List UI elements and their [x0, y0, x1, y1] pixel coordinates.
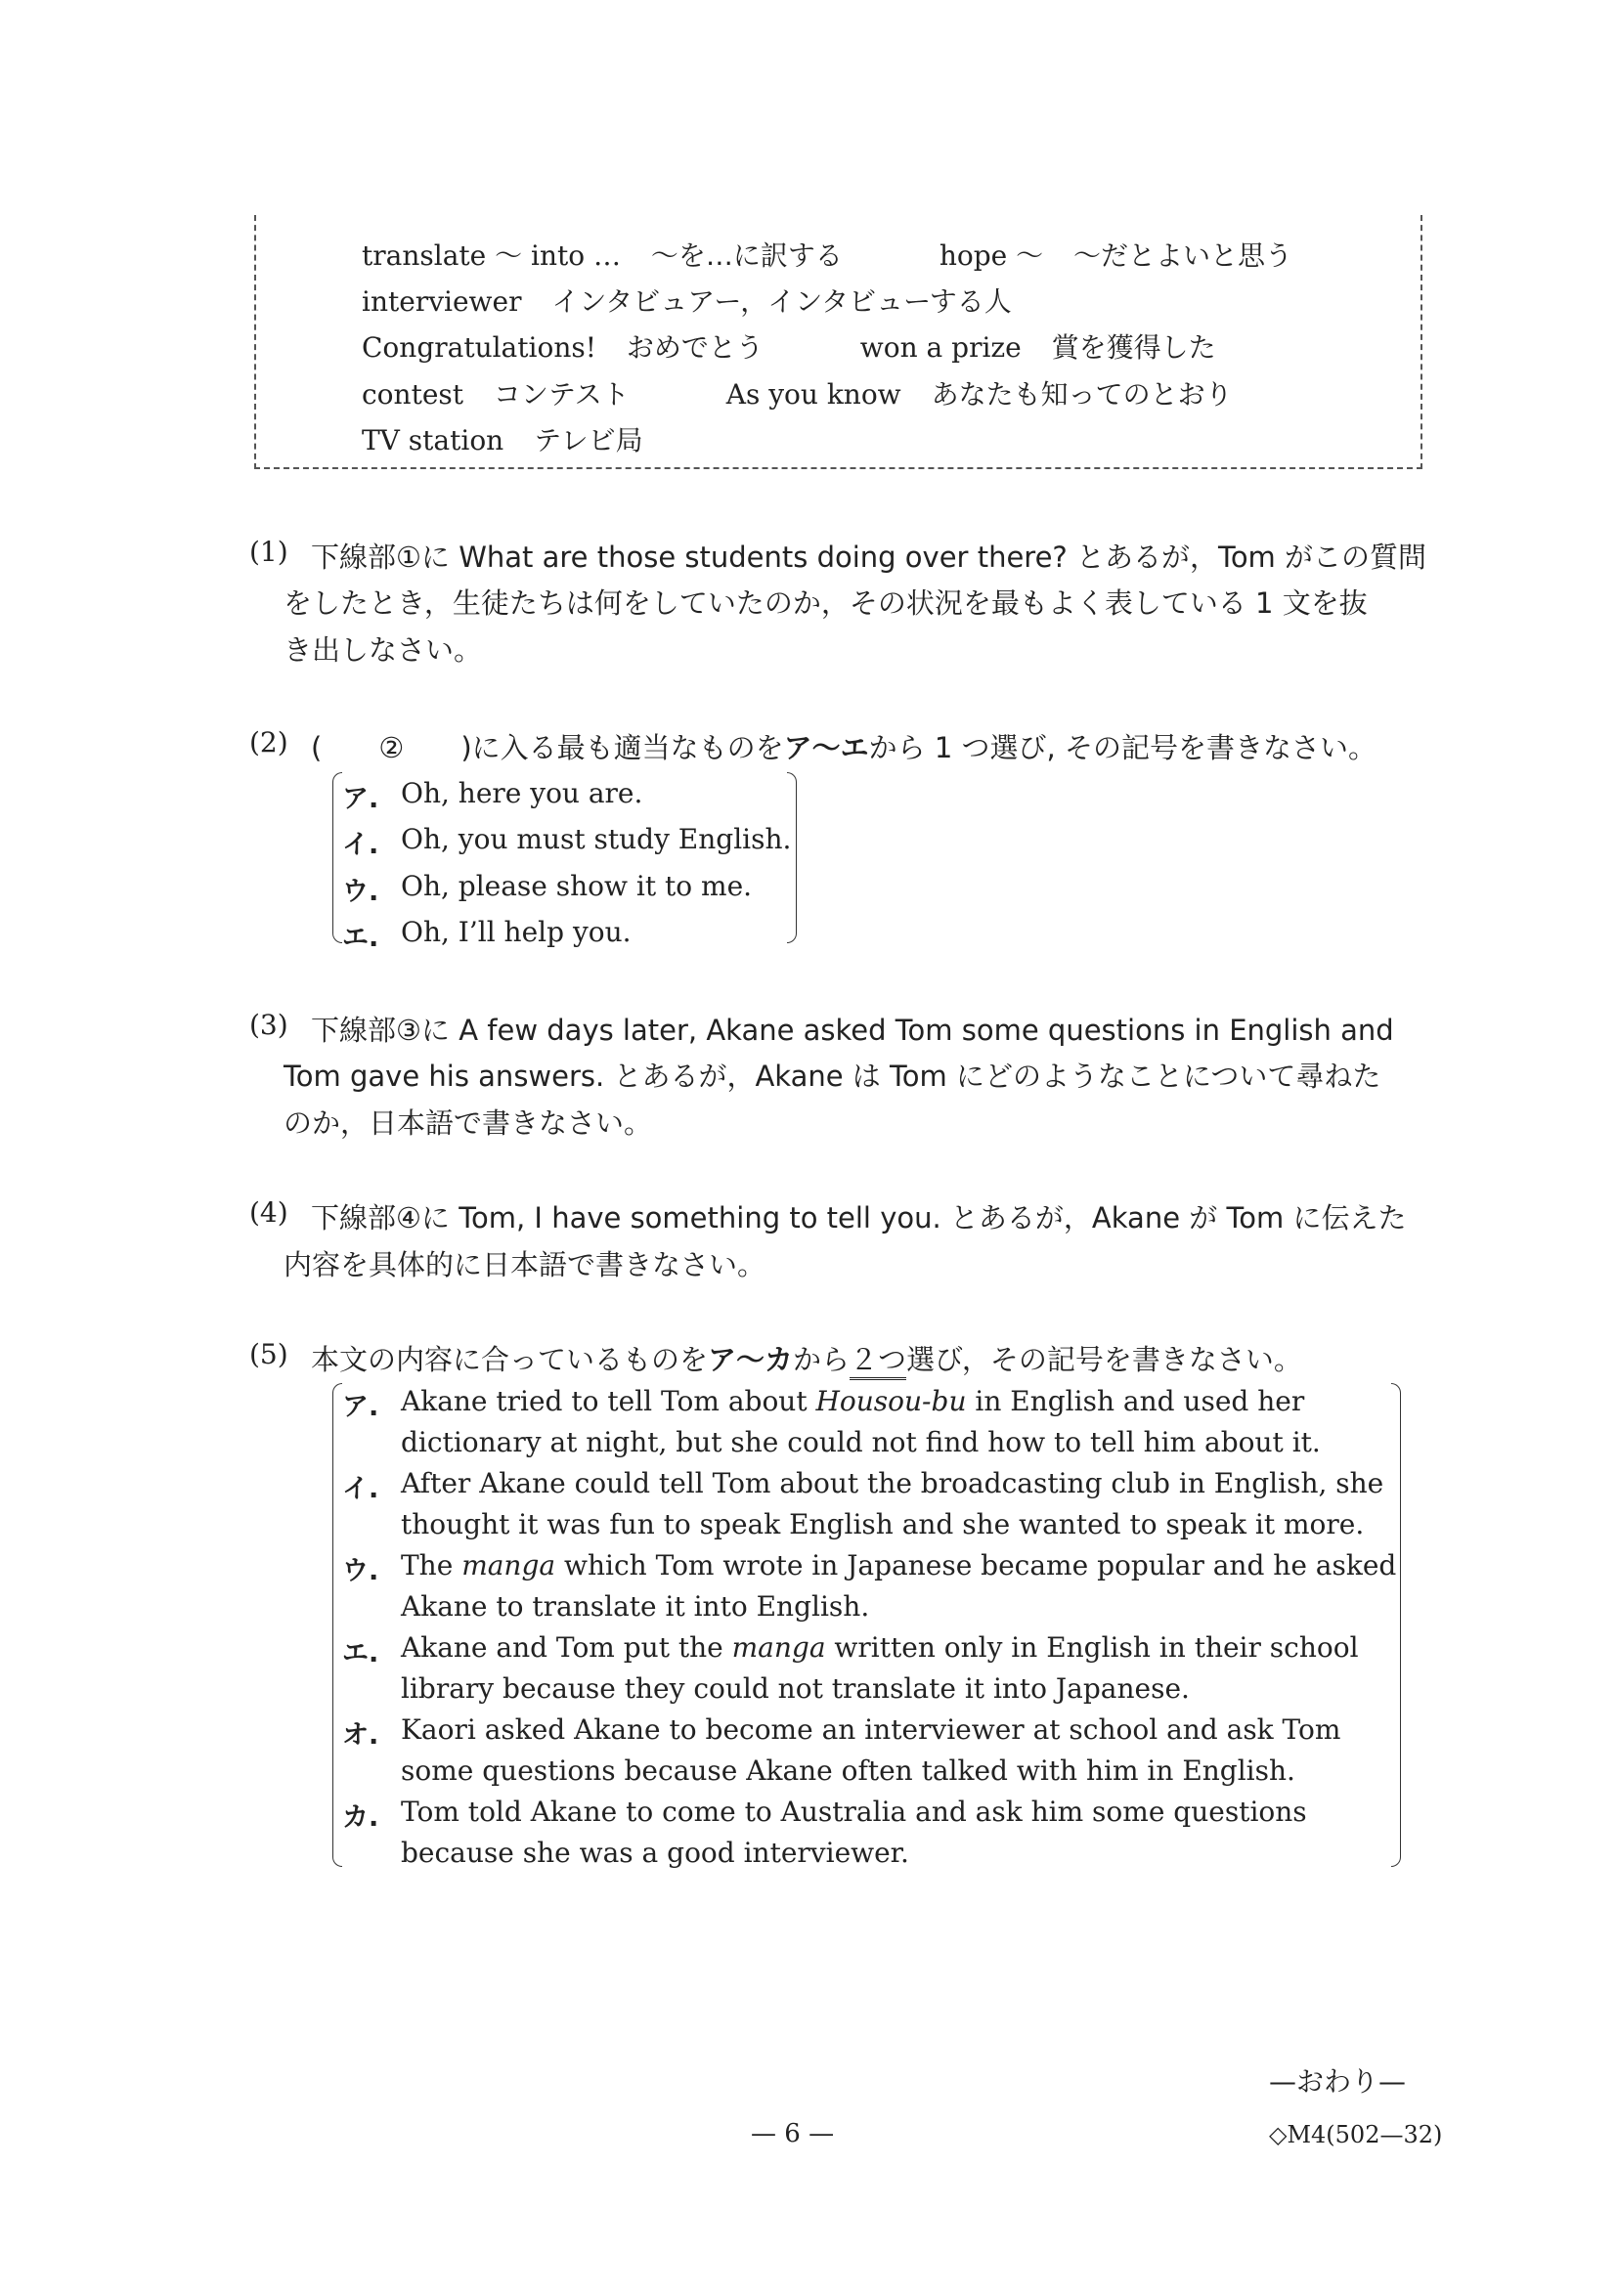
vocab-meaning: ～だとよいと思う: [1073, 235, 1292, 274]
choice-label: イ.: [342, 823, 378, 861]
choice-label: カ.: [342, 1796, 378, 1834]
text: Akane tried to tell Tom about: [401, 1385, 815, 1417]
question-2-number: (2): [249, 726, 288, 758]
italic-term: manga: [732, 1631, 826, 1664]
text: Akane and Tom put the: [401, 1631, 732, 1664]
choice-label: ウ.: [342, 1549, 378, 1587]
question-3-line-2: Tom gave his answers. とあるが，Akane は Tom に…: [284, 1055, 1380, 1095]
vocab-meaning: あなたも知ってのとおり: [932, 373, 1233, 412]
vocab-term: TV station: [362, 424, 503, 456]
prompt-range: ア～カ: [708, 1343, 793, 1376]
right-bracket: [1391, 1383, 1401, 1867]
question-1-line-2: をしたとき，生徒たちは何をしていたのか，その状況を最もよく表している 1 文を抜: [284, 582, 1368, 622]
vocab-row-4: contest コンテスト As you know あなたも知ってのとおり: [362, 373, 1233, 412]
prompt-count-underlined: ２つ: [850, 1343, 906, 1380]
blank-number: ②: [378, 731, 404, 764]
question-4-line-2: 内容を具体的に日本語で書きなさい。: [284, 1243, 765, 1283]
question-3-number: (3): [249, 1009, 288, 1041]
prompt-text: )に入る最も適当なものを: [460, 731, 783, 764]
choice-text-line-2: library because they could not translate…: [401, 1672, 1190, 1705]
choice-text: Oh, here you are.: [401, 777, 642, 809]
document-code: ◇M4(502—32): [1269, 2121, 1442, 2148]
vocab-term: hope ～: [940, 235, 1043, 274]
vocab-meaning: インタビュアー，インタビューする人: [551, 281, 1011, 320]
vocab-term: Congratulations!: [362, 331, 596, 364]
prompt-text: 本文の内容に合っているものを: [311, 1343, 708, 1376]
text: The: [401, 1549, 461, 1581]
choice-text-line-1: Kaori asked Akane to become an interview…: [401, 1713, 1340, 1746]
vocab-term: As you know: [726, 378, 901, 411]
vocab-row-5: TV station テレビ局: [362, 419, 643, 458]
prompt-text: から: [793, 1343, 850, 1376]
vocab-term: won a prize: [860, 331, 1022, 364]
question-4-line-1: 下線部④に Tom, I have something to tell you.…: [311, 1196, 1406, 1236]
choice-label: ア.: [342, 1385, 378, 1423]
choice-text-line-2: some questions because Akane often talke…: [401, 1754, 1295, 1787]
vocab-meaning: 賞を獲得した: [1052, 326, 1216, 366]
vocab-meaning: おめでとう: [627, 326, 764, 366]
choice-text-line-2: dictionary at night, but she could not f…: [401, 1426, 1321, 1458]
prompt-range: ア～エ: [784, 731, 869, 764]
vocab-meaning: コンテスト: [494, 373, 630, 412]
choice-text-line-1: The manga which Tom wrote in Japanese be…: [401, 1549, 1396, 1581]
vocab-row-2: interviewer インタビュアー，インタビューする人: [362, 281, 1012, 320]
choice-label: イ.: [342, 1467, 378, 1505]
vocab-term: translate ～ into …: [362, 235, 621, 274]
text: which Tom wrote in Japanese became popul…: [555, 1549, 1396, 1581]
question-1-line-1: 下線部①に What are those students doing over…: [311, 536, 1420, 576]
question-1-line-3: き出しなさい。: [284, 628, 482, 669]
choice-text: Oh, I’ll help you.: [401, 916, 632, 948]
choice-label: エ.: [342, 916, 378, 954]
prompt-text: から 1 つ選び, その記号を書きなさい。: [869, 731, 1377, 764]
choice-label: オ.: [342, 1713, 378, 1752]
italic-term: manga: [461, 1549, 555, 1581]
question-3-line-1: 下線部③に A few days later, Akane asked Tom …: [311, 1009, 1394, 1049]
vocab-term: interviewer: [362, 285, 521, 318]
left-bracket: [332, 772, 342, 943]
right-bracket: [787, 772, 797, 943]
choice-label: ウ.: [342, 870, 378, 908]
choice-text-line-2: because she was a good interviewer.: [401, 1837, 909, 1869]
choice-text: Oh, you must study English.: [401, 823, 791, 855]
prompt-text: 選び，その記号を書きなさい。: [906, 1343, 1302, 1376]
page-number: — 6 —: [751, 2119, 834, 2148]
question-4-number: (4): [249, 1196, 288, 1229]
choice-label: エ.: [342, 1631, 378, 1669]
italic-term: Housou-bu: [815, 1385, 966, 1417]
vocab-row-3: Congratulations! おめでとう won a prize 賞を獲得し…: [362, 326, 1216, 366]
vocab-row-1: translate ～ into … ～を…に訳する hope ～ ～だとよいと…: [362, 235, 1292, 274]
choice-text: Oh, please show it to me.: [401, 870, 752, 902]
blank-open-paren: (: [311, 731, 322, 764]
end-mark: —おわり—: [1269, 2060, 1406, 2100]
choice-text-line-1: Akane and Tom put the manga written only…: [401, 1631, 1359, 1664]
choice-text-line-1: Tom told Akane to come to Australia and …: [401, 1796, 1307, 1828]
text: in English and used her: [966, 1385, 1304, 1417]
left-bracket: [332, 1383, 342, 1867]
choice-text-line-1: After Akane could tell Tom about the bro…: [401, 1467, 1383, 1499]
question-5-prompt: 本文の内容に合っているものをア～カから２つ選び，その記号を書きなさい。: [311, 1338, 1302, 1378]
text: written only in English in their school: [826, 1631, 1359, 1664]
question-1-number: (1): [249, 536, 288, 568]
question-3-line-3: のか，日本語で書きなさい。: [284, 1102, 652, 1142]
question-2-prompt: (②)に入る最も適当なものをア～エから 1 つ選び, その記号を書きなさい。: [311, 726, 1377, 766]
choice-text-line-1: Akane tried to tell Tom about Housou-bu …: [401, 1385, 1388, 1417]
question-5-number: (5): [249, 1338, 288, 1370]
choice-text-line-2: thought it was fun to speak English and …: [401, 1508, 1364, 1540]
vocab-meaning: ～を…に訳する: [651, 235, 843, 274]
vocab-meaning: テレビ局: [534, 419, 642, 458]
vocab-term: contest: [362, 378, 463, 411]
choice-label: ア.: [342, 777, 378, 815]
choice-text-line-2: Akane to translate it into English.: [401, 1590, 869, 1623]
